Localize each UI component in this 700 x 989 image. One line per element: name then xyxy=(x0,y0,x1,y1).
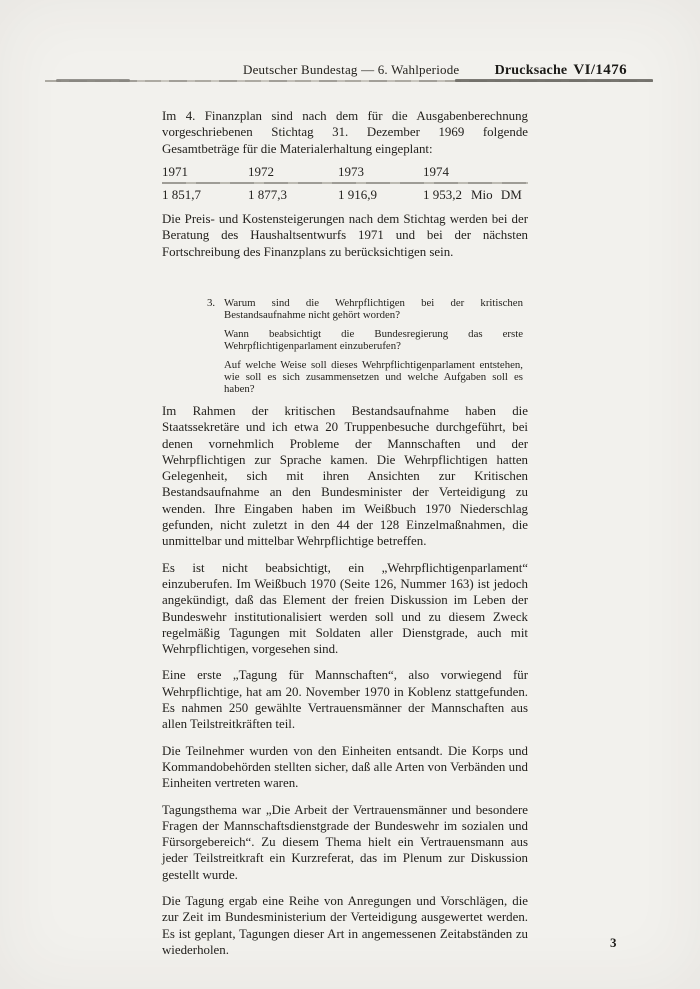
answer-paragraph: Im Rahmen der kritischen Bestandsaufnahm… xyxy=(162,403,528,550)
year-cell: 1974 xyxy=(423,164,528,180)
intro-paragraph: Im 4. Finanzplan sind nach dem für die A… xyxy=(162,108,528,157)
finance-table-year-row: 1971 1972 1973 1974 xyxy=(162,164,528,180)
answer-paragraph: Es ist nicht beabsichtigt, ein „Wehrpfli… xyxy=(162,560,528,658)
question-item: Auf welche Weise soll dieses Wehrpflicht… xyxy=(224,359,523,396)
finance-table: 1971 1972 1973 1974 1 851,7 1 877,3 1 91… xyxy=(162,164,528,203)
header-rule-dark-segment-left xyxy=(56,79,130,82)
finance-table-rule xyxy=(162,182,528,184)
answer-paragraph: Die Tagung ergab eine Reihe von Anregung… xyxy=(162,893,528,958)
header-rule-dark-segment-right xyxy=(455,79,653,82)
year-cell: 1972 xyxy=(248,164,338,180)
page-number: 3 xyxy=(610,935,617,951)
drucksache-label: Drucksache xyxy=(495,63,568,78)
value-cell: 1 953,2Mio DM xyxy=(423,187,528,203)
value-cell: 1 877,3 xyxy=(248,187,338,203)
question-number: 3. xyxy=(207,297,215,309)
year-cell: 1973 xyxy=(338,164,423,180)
value-amount: 1 953,2 xyxy=(423,187,462,202)
header-document-id: DrucksacheVI/1476 xyxy=(495,62,627,79)
question-item: Wann beabsichtigt die Bundesregierung da… xyxy=(224,328,523,353)
answer-paragraph: Tagungsthema war „Die Arbeit der Vertrau… xyxy=(162,802,528,883)
drucksache-number: VI/1476 xyxy=(573,62,627,78)
answer-paragraph: Die Teilnehmer wurden von den Einheiten … xyxy=(162,743,528,792)
header-running-title: Deutscher Bundestag — 6. Wahlperiode xyxy=(243,62,459,78)
document-page: Deutscher Bundestag — 6. Wahlperiode Dru… xyxy=(0,0,700,989)
year-cell: 1971 xyxy=(162,164,248,180)
question-block: 3. Warum sind die Wehrpflichtigen bei de… xyxy=(224,297,523,396)
page-header: Deutscher Bundestag — 6. Wahlperiode Dru… xyxy=(243,62,627,79)
value-unit: Mio DM xyxy=(471,187,522,202)
value-cell: 1 916,9 xyxy=(338,187,423,203)
finance-table-value-row: 1 851,7 1 877,3 1 916,9 1 953,2Mio DM xyxy=(162,187,528,203)
value-cell: 1 851,7 xyxy=(162,187,248,203)
after-table-paragraph: Die Preis- und Kostensteigerungen nach d… xyxy=(162,211,528,260)
question-item: Warum sind die Wehrpflichtigen bei der k… xyxy=(224,297,523,322)
answer-section: Im Rahmen der kritischen Bestandsaufnahm… xyxy=(162,403,528,958)
answer-paragraph: Eine erste „Tagung für Mannschaften“, al… xyxy=(162,667,528,732)
